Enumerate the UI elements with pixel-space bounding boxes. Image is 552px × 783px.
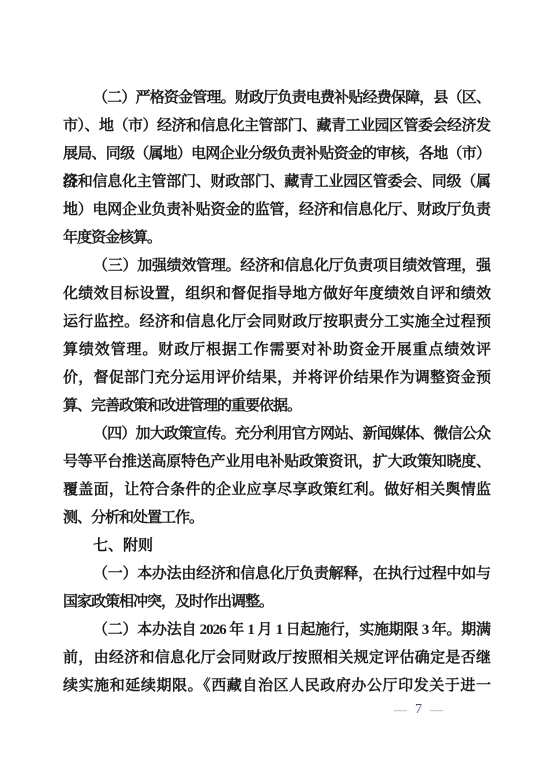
section-heading: 七、附则 [63, 532, 490, 560]
paragraph-line: （二）严格资金管理。财政厅负责电费补贴经费保障，县（区、 [63, 84, 490, 112]
paragraph-line: 地）电网企业负责补贴资金的监管，经济和信息化厅、财政厅负责 [63, 196, 490, 224]
paragraph-line: （三）加强绩效管理。经济和信息化厅负责项目绩效管理，强 [63, 252, 490, 280]
paragraph-line: 年度资金核算。 [63, 224, 490, 252]
paragraph-line: 覆盖面，让符合条件的企业应享尽享政策红利。做好相关舆情监 [63, 476, 490, 504]
document-body: （二）严格资金管理。财政厅负责电费补贴经费保障，县（区、 市）、地（市）经济和信… [63, 84, 490, 700]
paragraph-line: 测、分析和处置工作。 [63, 504, 490, 532]
paragraph-line: 运行监控。经济和信息化厅会同财政厅按职责分工实施全过程预 [63, 308, 490, 336]
paragraph-line: 续实施和延续期限。《西藏自治区人民政府办公厅印发关于进一 [63, 672, 490, 700]
paragraph-line: （四）加大政策宣传。充分利用官方网站、新闻媒体、微信公众 [63, 420, 490, 448]
paragraph-line: 市）、地（市）经济和信息化主管部门、藏青工业园区管委会经济发 [63, 112, 490, 140]
paragraph-line: （一）本办法由经济和信息化厅负责解释，在执行过程中如与 [63, 560, 490, 588]
page-number-left-dash: — [394, 701, 407, 719]
paragraph-line: 化绩效目标设置，组织和督促指导地方做好年度绩效自评和绩效 [63, 280, 490, 308]
paragraph-line: （二）本办法自 2026 年 1 月 1 日起施行，实施期限 3 年。期满 [63, 616, 490, 644]
page-number-right-dash: — [430, 701, 443, 719]
document-page: （二）严格资金管理。财政厅负责电费补贴经费保障，县（区、 市）、地（市）经济和信… [0, 0, 552, 783]
page-number-value: 7 [415, 701, 422, 719]
paragraph-line: 号等平台推送高原特色产业用电补贴政策资讯，扩大政策知晓度、 [63, 448, 490, 476]
paragraph-line: 算、完善政策和改进管理的重要依据。 [63, 392, 490, 420]
page-number: — 7 — [394, 701, 443, 719]
paragraph-line: 前，由经济和信息化厅会同财政厅按照相关规定评估确定是否继 [63, 644, 490, 672]
paragraph-line: 济和信息化主管部门、财政部门、藏青工业园区管委会、同级（属 [63, 168, 490, 196]
paragraph-line: 国家政策相冲突，及时作出调整。 [63, 588, 490, 616]
paragraph-line: 价，督促部门充分运用评价结果，并将评价结果作为调整资金预 [63, 364, 490, 392]
paragraph-line: 算绩效管理。财政厅根据工作需要对补助资金开展重点绩效评 [63, 336, 490, 364]
paragraph-line: 展局、同级（属地）电网企业分级负责补贴资金的审核，各地（市）经 [63, 140, 490, 168]
